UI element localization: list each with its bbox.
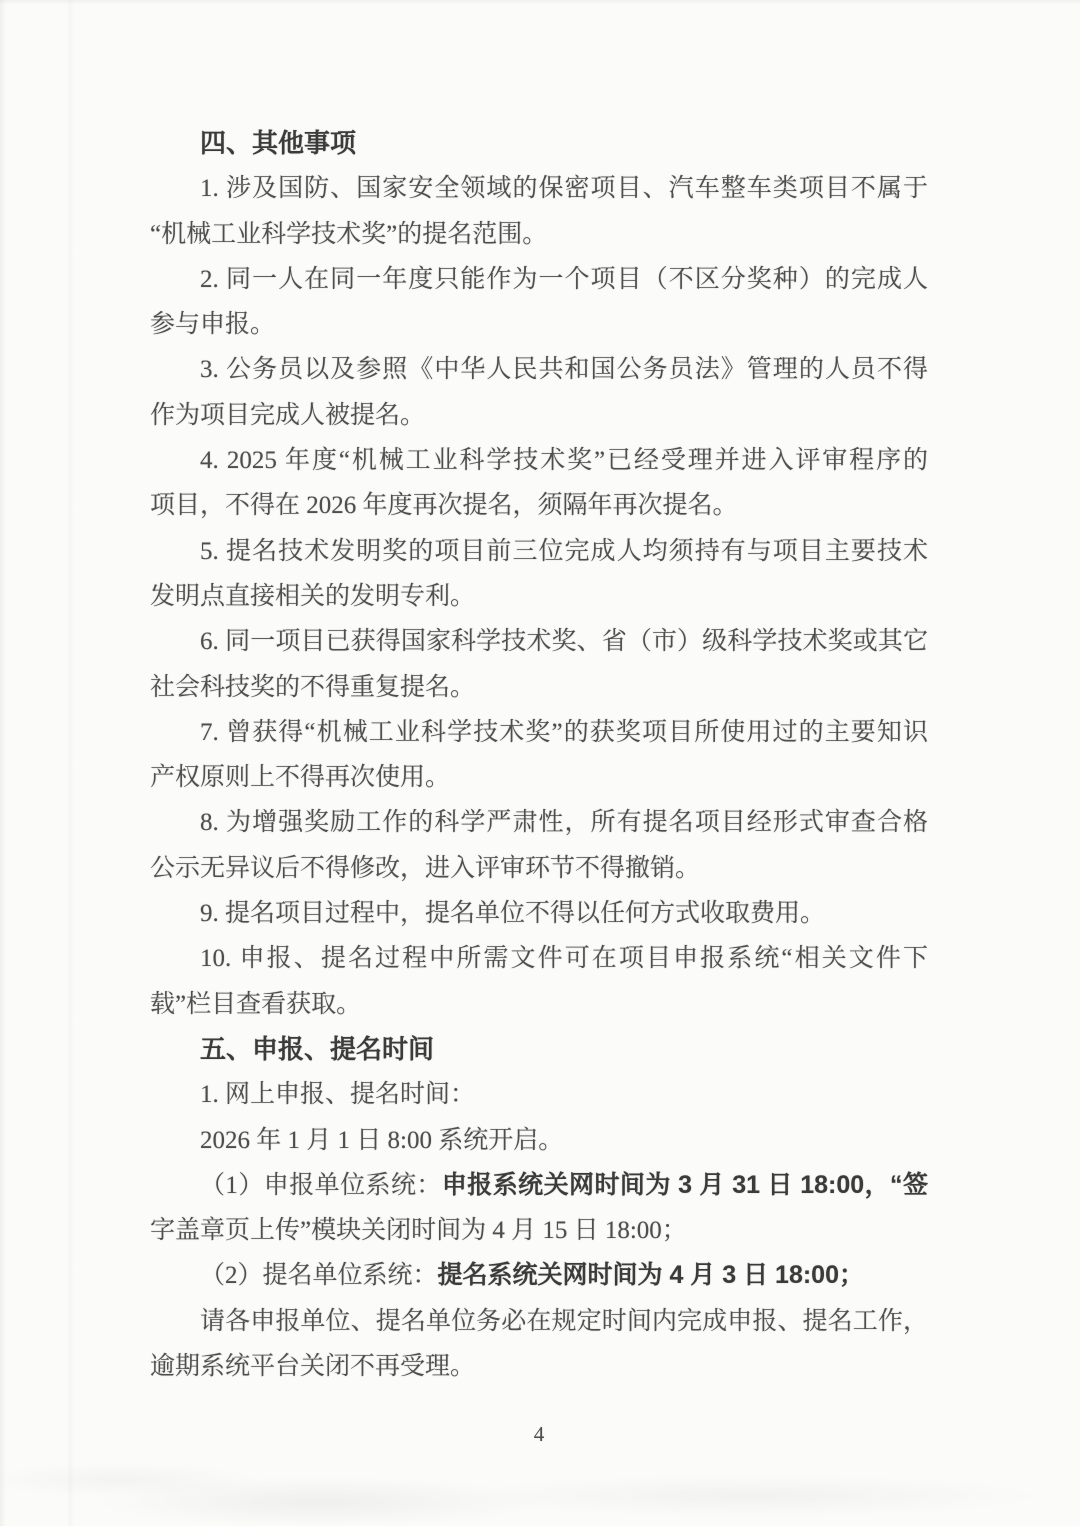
- item-text: 4. 2025 年度“机械工业科学技术奖”已经受理并进入评审程序的: [200, 447, 928, 474]
- item-text: 作为项目完成人被提名。: [150, 402, 425, 429]
- item-text-bold: 申报系统关网时间为 3 月 31 日 18:00，“签: [442, 1171, 928, 1199]
- item-10-line-1: 10. 申报、提名过程中所需文件可在项目申报系统“相关文件下: [150, 936, 928, 981]
- item-text: 10. 申报、提名过程中所需文件可在项目申报系统“相关文件下: [200, 945, 928, 972]
- item-8-line-2: 公示无异议后不得修改，进入评审环节不得撤销。: [150, 846, 928, 891]
- item-2-line-2: 参与申报。: [150, 302, 928, 347]
- item-text: 3. 公务员以及参照《中华人民共和国公务员法》管理的人员不得: [200, 356, 928, 383]
- declare-system-line-2: 字盖章页上传”模块关闭时间为 4 月 15 日 18:00；: [150, 1208, 928, 1253]
- item-6-line-2: 社会科技奖的不得重复提名。: [150, 665, 928, 710]
- item-text: 6. 同一项目已获得国家科学技术奖、省（市）级科学技术奖或其它: [200, 628, 928, 655]
- item-text: 请各申报单位、提名单位务必在规定时间内完成申报、提名工作，: [200, 1308, 928, 1335]
- item-1-line-2: “机械工业科学技术奖”的提名范围。: [150, 212, 928, 257]
- heading-text: 五、申报、提名时间: [200, 1034, 434, 1064]
- item-1-line-1: 1. 涉及国防、国家安全领域的保密项目、汽车整车类项目不属于: [150, 166, 928, 211]
- item-text: 2026 年 1 月 1 日 8:00 系统开启。: [200, 1127, 563, 1154]
- item-text: 载”栏目查看获取。: [150, 991, 361, 1018]
- closing-line-1: 请各申报单位、提名单位务必在规定时间内完成申报、提名工作，: [150, 1299, 928, 1344]
- scanned-document-page: 四、其他事项 1. 涉及国防、国家安全领域的保密项目、汽车整车类项目不属于 “机…: [0, 0, 1080, 1526]
- page-number: 4: [150, 1422, 928, 1447]
- item-text: 2. 同一人在同一年度只能作为一个项目（不区分奖种）的完成人: [200, 266, 928, 293]
- item-7-line-2: 产权原则上不得再次使用。: [150, 755, 928, 800]
- item-text: 9. 提名项目过程中，提名单位不得以任何方式收取费用。: [200, 900, 825, 927]
- item-text: 字盖章页上传”模块关闭时间为 4 月 15 日 18:00；: [150, 1217, 687, 1244]
- heading-text: 四、其他事项: [200, 128, 356, 158]
- item-text: 1. 涉及国防、国家安全领域的保密项目、汽车整车类项目不属于: [200, 175, 928, 202]
- item-7-line-1: 7. 曾获得“机械工业科学技术奖”的获奖项目所使用过的主要知识: [150, 710, 928, 755]
- item-4-line-2: 项目，不得在 2026 年度再次提名，须隔年再次提名。: [150, 483, 928, 528]
- item-5-line-1: 5. 提名技术发明奖的项目前三位完成人均须持有与项目主要技术: [150, 529, 928, 574]
- section-heading-other-matters: 四、其他事项: [150, 121, 928, 166]
- item-text: 项目，不得在 2026 年度再次提名，须隔年再次提名。: [150, 492, 738, 519]
- item-3-line-2: 作为项目完成人被提名。: [150, 393, 928, 438]
- item-text: 产权原则上不得再次使用。: [150, 764, 450, 791]
- item-text: 发明点直接相关的发明专利。: [150, 583, 475, 610]
- item-text: 社会科技奖的不得重复提名。: [150, 674, 475, 701]
- item-text: “机械工业科学技术奖”的提名范围。: [150, 221, 547, 248]
- item-text-bold: 提名系统关网时间为 4 月 3 日 18:00；: [438, 1261, 864, 1289]
- system-open-time-line: 2026 年 1 月 1 日 8:00 系统开启。: [150, 1118, 928, 1163]
- item-text: 公示无异议后不得修改，进入评审环节不得撤销。: [150, 855, 700, 882]
- item-text: 1. 网上申报、提名时间：: [200, 1081, 475, 1108]
- declare-system-line-1: （1）申报单位系统：申报系统关网时间为 3 月 31 日 18:00，“签: [150, 1163, 928, 1208]
- item-9-line-1: 9. 提名项目过程中，提名单位不得以任何方式收取费用。: [150, 891, 928, 936]
- item-text: 参与申报。: [150, 311, 275, 338]
- item-text: 5. 提名技术发明奖的项目前三位完成人均须持有与项目主要技术: [200, 538, 928, 565]
- section-heading-application-time: 五、申报、提名时间: [150, 1027, 928, 1072]
- item-text: 8. 为增强奖励工作的科学严肃性，所有提名项目经形式审查合格: [200, 809, 928, 836]
- item-text: （1）申报单位系统：: [200, 1172, 442, 1199]
- closing-line-2: 逾期系统平台关闭不再受理。: [150, 1344, 928, 1389]
- item-6-line-1: 6. 同一项目已获得国家科学技术奖、省（市）级科学技术奖或其它: [150, 619, 928, 664]
- item-10-line-2: 载”栏目查看获取。: [150, 982, 928, 1027]
- document-text-block: 四、其他事项 1. 涉及国防、国家安全领域的保密项目、汽车整车类项目不属于 “机…: [150, 121, 928, 1389]
- item-text: 7. 曾获得“机械工业科学技术奖”的获奖项目所使用过的主要知识: [200, 719, 928, 746]
- item-text: （2）提名单位系统：: [200, 1262, 438, 1289]
- nominate-system-line: （2）提名单位系统：提名系统关网时间为 4 月 3 日 18:00；: [150, 1253, 928, 1298]
- item-text: 逾期系统平台关闭不再受理。: [150, 1353, 475, 1380]
- item-5-line-2: 发明点直接相关的发明专利。: [150, 574, 928, 619]
- item-8-line-1: 8. 为增强奖励工作的科学严肃性，所有提名项目经形式审查合格: [150, 800, 928, 845]
- time-item-1-line-1: 1. 网上申报、提名时间：: [150, 1072, 928, 1117]
- item-3-line-1: 3. 公务员以及参照《中华人民共和国公务员法》管理的人员不得: [150, 347, 928, 392]
- item-4-line-1: 4. 2025 年度“机械工业科学技术奖”已经受理并进入评审程序的: [150, 438, 928, 483]
- item-2-line-1: 2. 同一人在同一年度只能作为一个项目（不区分奖种）的完成人: [150, 257, 928, 302]
